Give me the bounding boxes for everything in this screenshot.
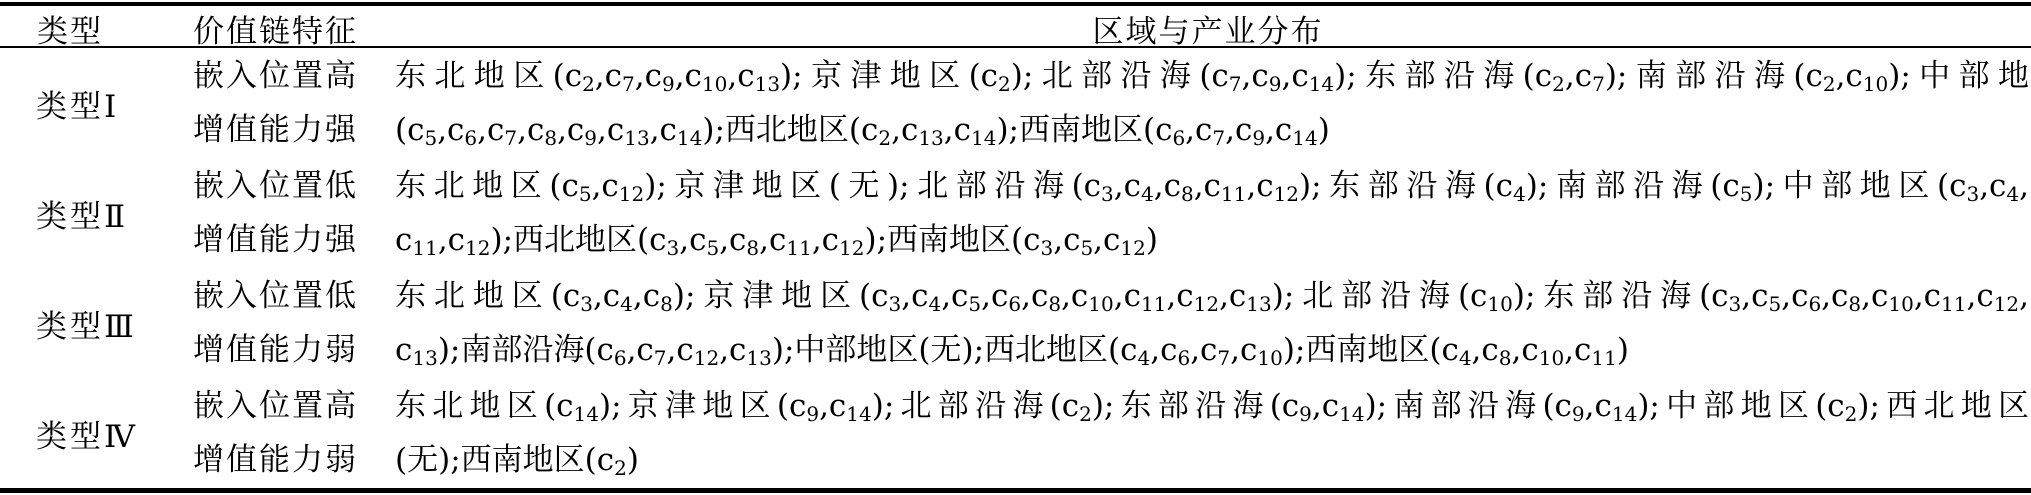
header-value-chain-feature: 价值链特征 bbox=[193, 6, 395, 51]
feature-line: 嵌入位置低 bbox=[193, 160, 395, 212]
distribution-cell: 东北地区(c2,c7,c9,c10,c13);京津地区(c2);北部沿海(c7,… bbox=[395, 48, 2031, 158]
feature-line: 增值能力强 bbox=[193, 104, 395, 156]
distribution-line: 东北地区(c5,c12);京津地区(无);北部沿海(c3,c4,c8,c11,c… bbox=[395, 160, 2031, 212]
feature-cell: 嵌入位置高 增值能力强 bbox=[193, 48, 395, 158]
feature-line: 增值能力弱 bbox=[193, 434, 395, 486]
feature-cell: 嵌入位置高 增值能力弱 bbox=[193, 378, 395, 488]
table-row: 类型Ⅳ 嵌入位置高 增值能力弱 东北地区(c14);京津地区(c9,c14);北… bbox=[0, 378, 2031, 488]
table-header-row: 类型 价值链特征 区域与产业分布 bbox=[0, 6, 2031, 48]
distribution-line: 东北地区(c2,c7,c9,c10,c13);京津地区(c2);北部沿海(c7,… bbox=[395, 50, 2031, 102]
feature-cell: 嵌入位置低 增值能力弱 bbox=[193, 268, 395, 378]
table-row: 类型Ⅰ 嵌入位置高 增值能力强 东北地区(c2,c7,c9,c10,c13);京… bbox=[0, 48, 2031, 158]
distribution-cell: 东北地区(c14);京津地区(c9,c14);北部沿海(c2);东部沿海(c9,… bbox=[395, 378, 2031, 488]
type-label: 类型Ⅰ bbox=[0, 48, 193, 158]
distribution-cell: 东北地区(c5,c12);京津地区(无);北部沿海(c3,c4,c8,c11,c… bbox=[395, 158, 2031, 268]
distribution-line: c11,c12);西北地区(c3,c5,c8,c11,c12);西南地区(c3,… bbox=[395, 214, 2031, 266]
feature-line: 嵌入位置低 bbox=[193, 270, 395, 322]
distribution-line: c13);南部沿海(c6,c7,c12,c13);中部地区(无);西北地区(c4… bbox=[395, 324, 2031, 376]
feature-line: 嵌入位置高 bbox=[193, 380, 395, 432]
feature-line: 增值能力弱 bbox=[193, 324, 395, 376]
type-label: 类型Ⅱ bbox=[0, 158, 193, 268]
header-region-industry-distribution: 区域与产业分布 bbox=[395, 6, 2031, 51]
header-type: 类型 bbox=[0, 6, 193, 51]
table-row: 类型Ⅱ 嵌入位置低 增值能力强 东北地区(c5,c12);京津地区(无);北部沿… bbox=[0, 158, 2031, 268]
feature-line: 增值能力强 bbox=[193, 214, 395, 266]
feature-line: 嵌入位置高 bbox=[193, 50, 395, 102]
distribution-line: 东北地区(c14);京津地区(c9,c14);北部沿海(c2);东部沿海(c9,… bbox=[395, 380, 2031, 432]
type-label: 类型Ⅲ bbox=[0, 268, 193, 378]
value-chain-distribution-table: 类型 价值链特征 区域与产业分布 类型Ⅰ 嵌入位置高 增值能力强 东北地区(c2… bbox=[0, 2, 2031, 493]
distribution-cell: 东北地区(c3,c4,c8);京津地区(c3,c4,c5,c6,c8,c10,c… bbox=[395, 268, 2031, 378]
distribution-line: (c5,c6,c7,c8,c9,c13,c14);西北地区(c2,c13,c14… bbox=[395, 104, 2031, 156]
feature-cell: 嵌入位置低 增值能力强 bbox=[193, 158, 395, 268]
table-row: 类型Ⅲ 嵌入位置低 增值能力弱 东北地区(c3,c4,c8);京津地区(c3,c… bbox=[0, 268, 2031, 378]
distribution-line: 东北地区(c3,c4,c8);京津地区(c3,c4,c5,c6,c8,c10,c… bbox=[395, 270, 2031, 322]
type-label: 类型Ⅳ bbox=[0, 378, 193, 488]
distribution-line: (无);西南地区(c2) bbox=[395, 434, 2031, 486]
